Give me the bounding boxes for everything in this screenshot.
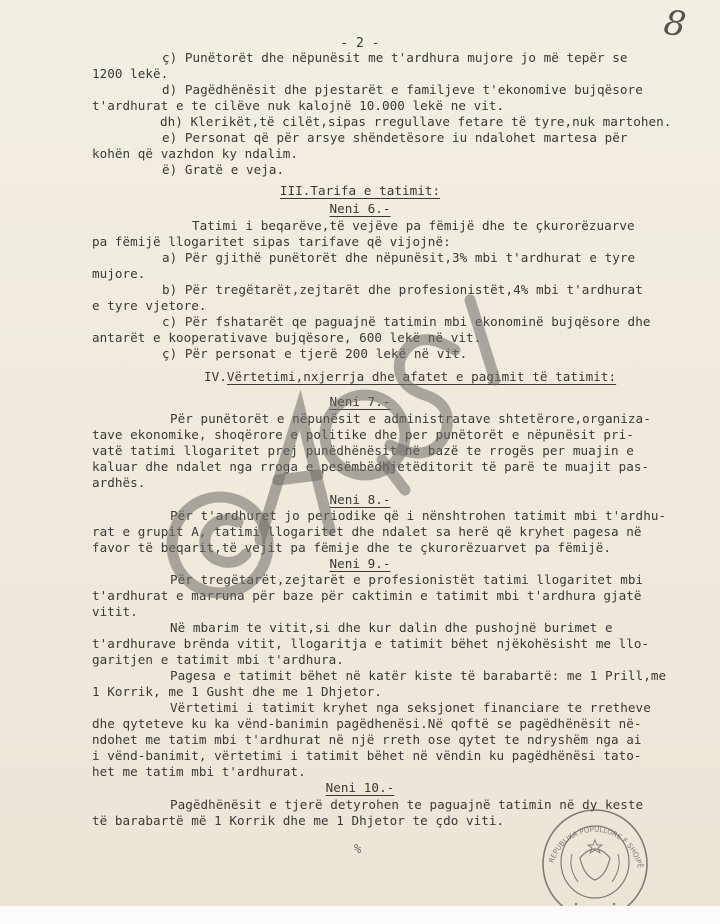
text-line: dhe qyteteve ku ka vënd-banimin pagëdhen… bbox=[92, 716, 642, 732]
article-heading-8: Neni 8.- bbox=[329, 492, 390, 507]
text-line: Pagesa e tatimit bëhet në katër kiste të… bbox=[170, 668, 666, 684]
text-line: ç) Për personat e tjerë 200 lekë në vit. bbox=[162, 346, 467, 362]
section-heading-4: IV.Vërtetimi,nxjerrja dhe afatet e pagim… bbox=[204, 369, 616, 385]
text-line: ë) Gratë e veja. bbox=[162, 162, 284, 178]
article-heading-6: Neni 6.- bbox=[329, 201, 390, 216]
text-line: ç) Punëtorët dhe nëpunësit me t'ardhura … bbox=[162, 50, 628, 66]
text-line: rat e grupit A, tatimi llogaritet dhe nd… bbox=[92, 524, 642, 540]
text-line: vatë tatimi llogaritet prej punëdhënësit… bbox=[92, 443, 634, 459]
text-line: ndohet me tatim mbi t'ardhurat në një rr… bbox=[92, 732, 642, 748]
text-line: 1200 lekë. bbox=[92, 66, 168, 82]
text-line: Për tregëtarët,zejtarët e profesionistët… bbox=[170, 572, 643, 588]
text-line: t'ardhurave brënda vitit, llogaritja e t… bbox=[92, 636, 649, 652]
text-line: dh) Klerikët,të cilët,sipas rregullave f… bbox=[160, 114, 671, 130]
text-line: favor të beqarit,të vejit pa fëmije dhe … bbox=[92, 540, 611, 556]
text-line: t'ardhurat e marruna për baze për caktim… bbox=[92, 588, 642, 604]
text-line: tave ekonomike, shoqërore e politike dhe… bbox=[92, 427, 634, 443]
text-line: ardhës. bbox=[92, 475, 145, 491]
official-seal-stamp: REPUBLIKA POPULLORE E SHQIPËRISË bbox=[540, 808, 650, 920]
text-line: t'ardhurat e te cilëve nuk kalojnë 10.00… bbox=[92, 98, 504, 114]
text-line: Tatimi i beqarëve,të vejëve pa fëmijë dh… bbox=[192, 218, 635, 234]
text-line: Në mbarim te vitit,si dhe kur dalin dhe … bbox=[170, 620, 613, 636]
text-line: garitjen e tatimit mbi t'ardhura. bbox=[92, 652, 344, 668]
text-line: të barabartë më 1 Korrik dhe me 1 Dhjeto… bbox=[92, 813, 504, 829]
document-page: 8 - 2 - ç) Punëtorët dhe nëpunësit me t'… bbox=[0, 0, 720, 906]
text-line: het me tatim mbi t'ardhurat. bbox=[92, 764, 306, 780]
text-line: c) Për fshatarët qe paguajnë tatimin mbi… bbox=[162, 314, 650, 330]
article-heading-9: Neni 9.- bbox=[329, 556, 390, 571]
text-line: antarët e kooperativave bujqësore, 600 l… bbox=[92, 330, 481, 346]
text-line: e) Personat që për arsye shëndetësore iu… bbox=[162, 130, 628, 146]
text-line: i vënd-banimit, vërtetimi i tatimit bëhe… bbox=[92, 748, 642, 764]
text-line: kohën që vazhdon ky ndalim. bbox=[92, 146, 298, 162]
text-line: Për punëtorët e nëpunësit e administrata… bbox=[170, 411, 651, 427]
bottom-mark: % bbox=[354, 842, 361, 856]
text-line: mujore. bbox=[92, 266, 145, 282]
article-heading-10: Neni 10.- bbox=[326, 780, 395, 795]
text-line: e tyre vjetore. bbox=[92, 298, 206, 314]
text-line: pa fëmijë llogaritet sipas tarifave që v… bbox=[92, 234, 451, 250]
text-line: d) Pagëdhënësit dhe pjestarët e familjev… bbox=[162, 82, 643, 98]
text-line: b) Për tregëtarët,zejtarët dhe profesion… bbox=[162, 282, 643, 298]
text-line: kaluar dhe ndalet nga rroga e pesëmbëdhj… bbox=[92, 459, 649, 475]
text-line: a) Për gjithë punëtorët dhe nëpunësit,3%… bbox=[162, 250, 635, 266]
text-line: 1 Korrik, me 1 Gusht dhe me 1 Dhjetor. bbox=[92, 684, 382, 700]
page-bottom-edge bbox=[0, 906, 720, 924]
text-line: Vërtetimi i tatimit kryhet nga seksjonet… bbox=[170, 700, 651, 716]
text-line: vitit. bbox=[92, 604, 138, 620]
text-line: Për t'ardhuret jo periodike që i nënshtr… bbox=[170, 508, 666, 524]
article-heading-7: Neni 7.- bbox=[329, 394, 390, 409]
section-heading-3: III.Tarifa e tatimit: bbox=[280, 183, 440, 198]
